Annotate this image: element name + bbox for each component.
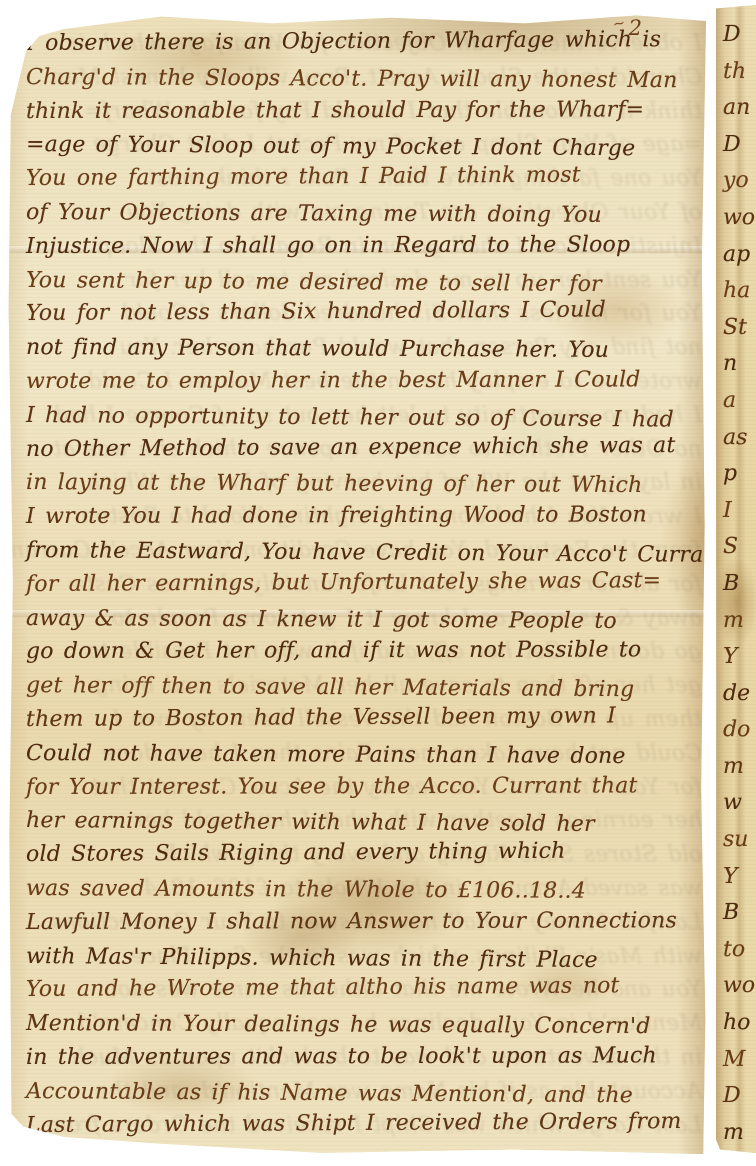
manuscript-line: was saved Amounts in the Whole to £106..… <box>26 872 702 909</box>
next-page-fragment-line: D <box>723 1078 755 1115</box>
next-page-text-fragments: DthanDyowoaphaStnaaspISBmYdedomwsuYBtowo… <box>723 17 755 1151</box>
page-number-value: 2 <box>629 16 644 40</box>
next-page-fragment-line: w <box>723 785 755 822</box>
next-page-fragment-line: M <box>723 1041 755 1078</box>
next-page-fragment-line: do <box>723 712 755 749</box>
manuscript-line: Charg'd in the Sloops Acco't. Pray will … <box>26 61 702 98</box>
next-page-edge: DthanDyowoaphaStnaaspISBmYdedomwsuYBtowo… <box>716 5 756 1153</box>
next-page-fragment-line: I <box>723 493 755 530</box>
next-page-fragment-line: as <box>723 420 755 457</box>
next-page-fragment-line: su <box>723 822 755 859</box>
manuscript-line: for all her earnings, but Unfortunately … <box>26 564 702 602</box>
manuscript-line: think it reasonable that I should Pay fo… <box>26 93 702 129</box>
next-page-fragment-line: S <box>723 529 755 566</box>
next-page-fragment-line: Y <box>723 859 755 896</box>
next-page-fragment-line: B <box>723 566 755 603</box>
next-page-fragment-line: yo <box>723 163 755 200</box>
next-page-fragment-line: wo <box>723 200 755 237</box>
letter-page: I observe there is an Objection for Whar… <box>8 12 706 1154</box>
manuscript-line: You one farthing more than I Paid I thin… <box>26 158 702 196</box>
next-page-fragment-line: m <box>723 1115 755 1152</box>
next-page-fragment-line: ha <box>723 273 755 310</box>
manuscript-line: Last Cargo which was Shipt I received th… <box>26 1104 702 1142</box>
next-page-fragment-line: de <box>723 676 755 713</box>
next-page-fragment-line: to <box>723 932 755 969</box>
next-page-fragment-line: an <box>723 90 755 127</box>
manuscript-line: them up to Boston had the Vessell been m… <box>26 699 702 737</box>
next-page-fragment-line: D <box>723 127 755 164</box>
manuscript-line: You and he Wrote me that altho his name … <box>26 969 702 1007</box>
manuscript-line: in the adventures and was to be look't u… <box>26 1039 702 1075</box>
manuscript-line: Could not have taken more Pains than I h… <box>26 737 702 774</box>
next-page-fragment-line: ap <box>723 236 755 273</box>
manuscript-line: You for not less than Six hundred dollar… <box>26 293 702 331</box>
next-page-fragment-line: St <box>723 310 755 347</box>
next-page-fragment-line: th <box>723 54 755 91</box>
manuscript-line: wrote me to employ her in the best Manne… <box>26 363 702 399</box>
manuscript-line: I wrote You I had done in freighting Woo… <box>26 498 702 534</box>
next-page-fragment-line: D <box>723 17 755 54</box>
manuscript-line: for Your Interest. You see by the Acco. … <box>26 769 702 805</box>
page-number-flourish: ~ <box>611 13 629 34</box>
next-page-fragment-line: Y <box>723 639 755 676</box>
next-page-fragment-line: m <box>723 602 755 639</box>
manuscript-line: Injustice. Now I shall go on in Regard t… <box>26 228 702 264</box>
manuscript-line: go down & Get her off, and if it was not… <box>26 634 702 670</box>
manuscript-line: no Other Method to save an expence which… <box>26 428 702 466</box>
page-number: ~2 <box>614 16 644 40</box>
next-page-fragment-line: ho <box>723 1005 755 1042</box>
next-page-fragment-line: m <box>723 749 755 786</box>
manuscript-line: Lawfull Money I shall now Answer to Your… <box>26 904 702 940</box>
next-page-fragment-line: p <box>723 456 755 493</box>
next-page-fragment-line: wo <box>723 968 755 1005</box>
next-page-fragment-line: a <box>723 383 755 420</box>
letter-scan: I observe there is an Objection for Whar… <box>0 0 756 1166</box>
manuscript-line: old Stores Sails Riging and every thing … <box>26 834 702 872</box>
manuscript-line: I observe there is an Objection for Whar… <box>26 23 702 61</box>
next-page-fragment-line: n <box>723 346 755 383</box>
next-page-fragment-line: B <box>723 895 755 932</box>
manuscript-text: I observe there is an Objection for Whar… <box>26 27 702 1142</box>
